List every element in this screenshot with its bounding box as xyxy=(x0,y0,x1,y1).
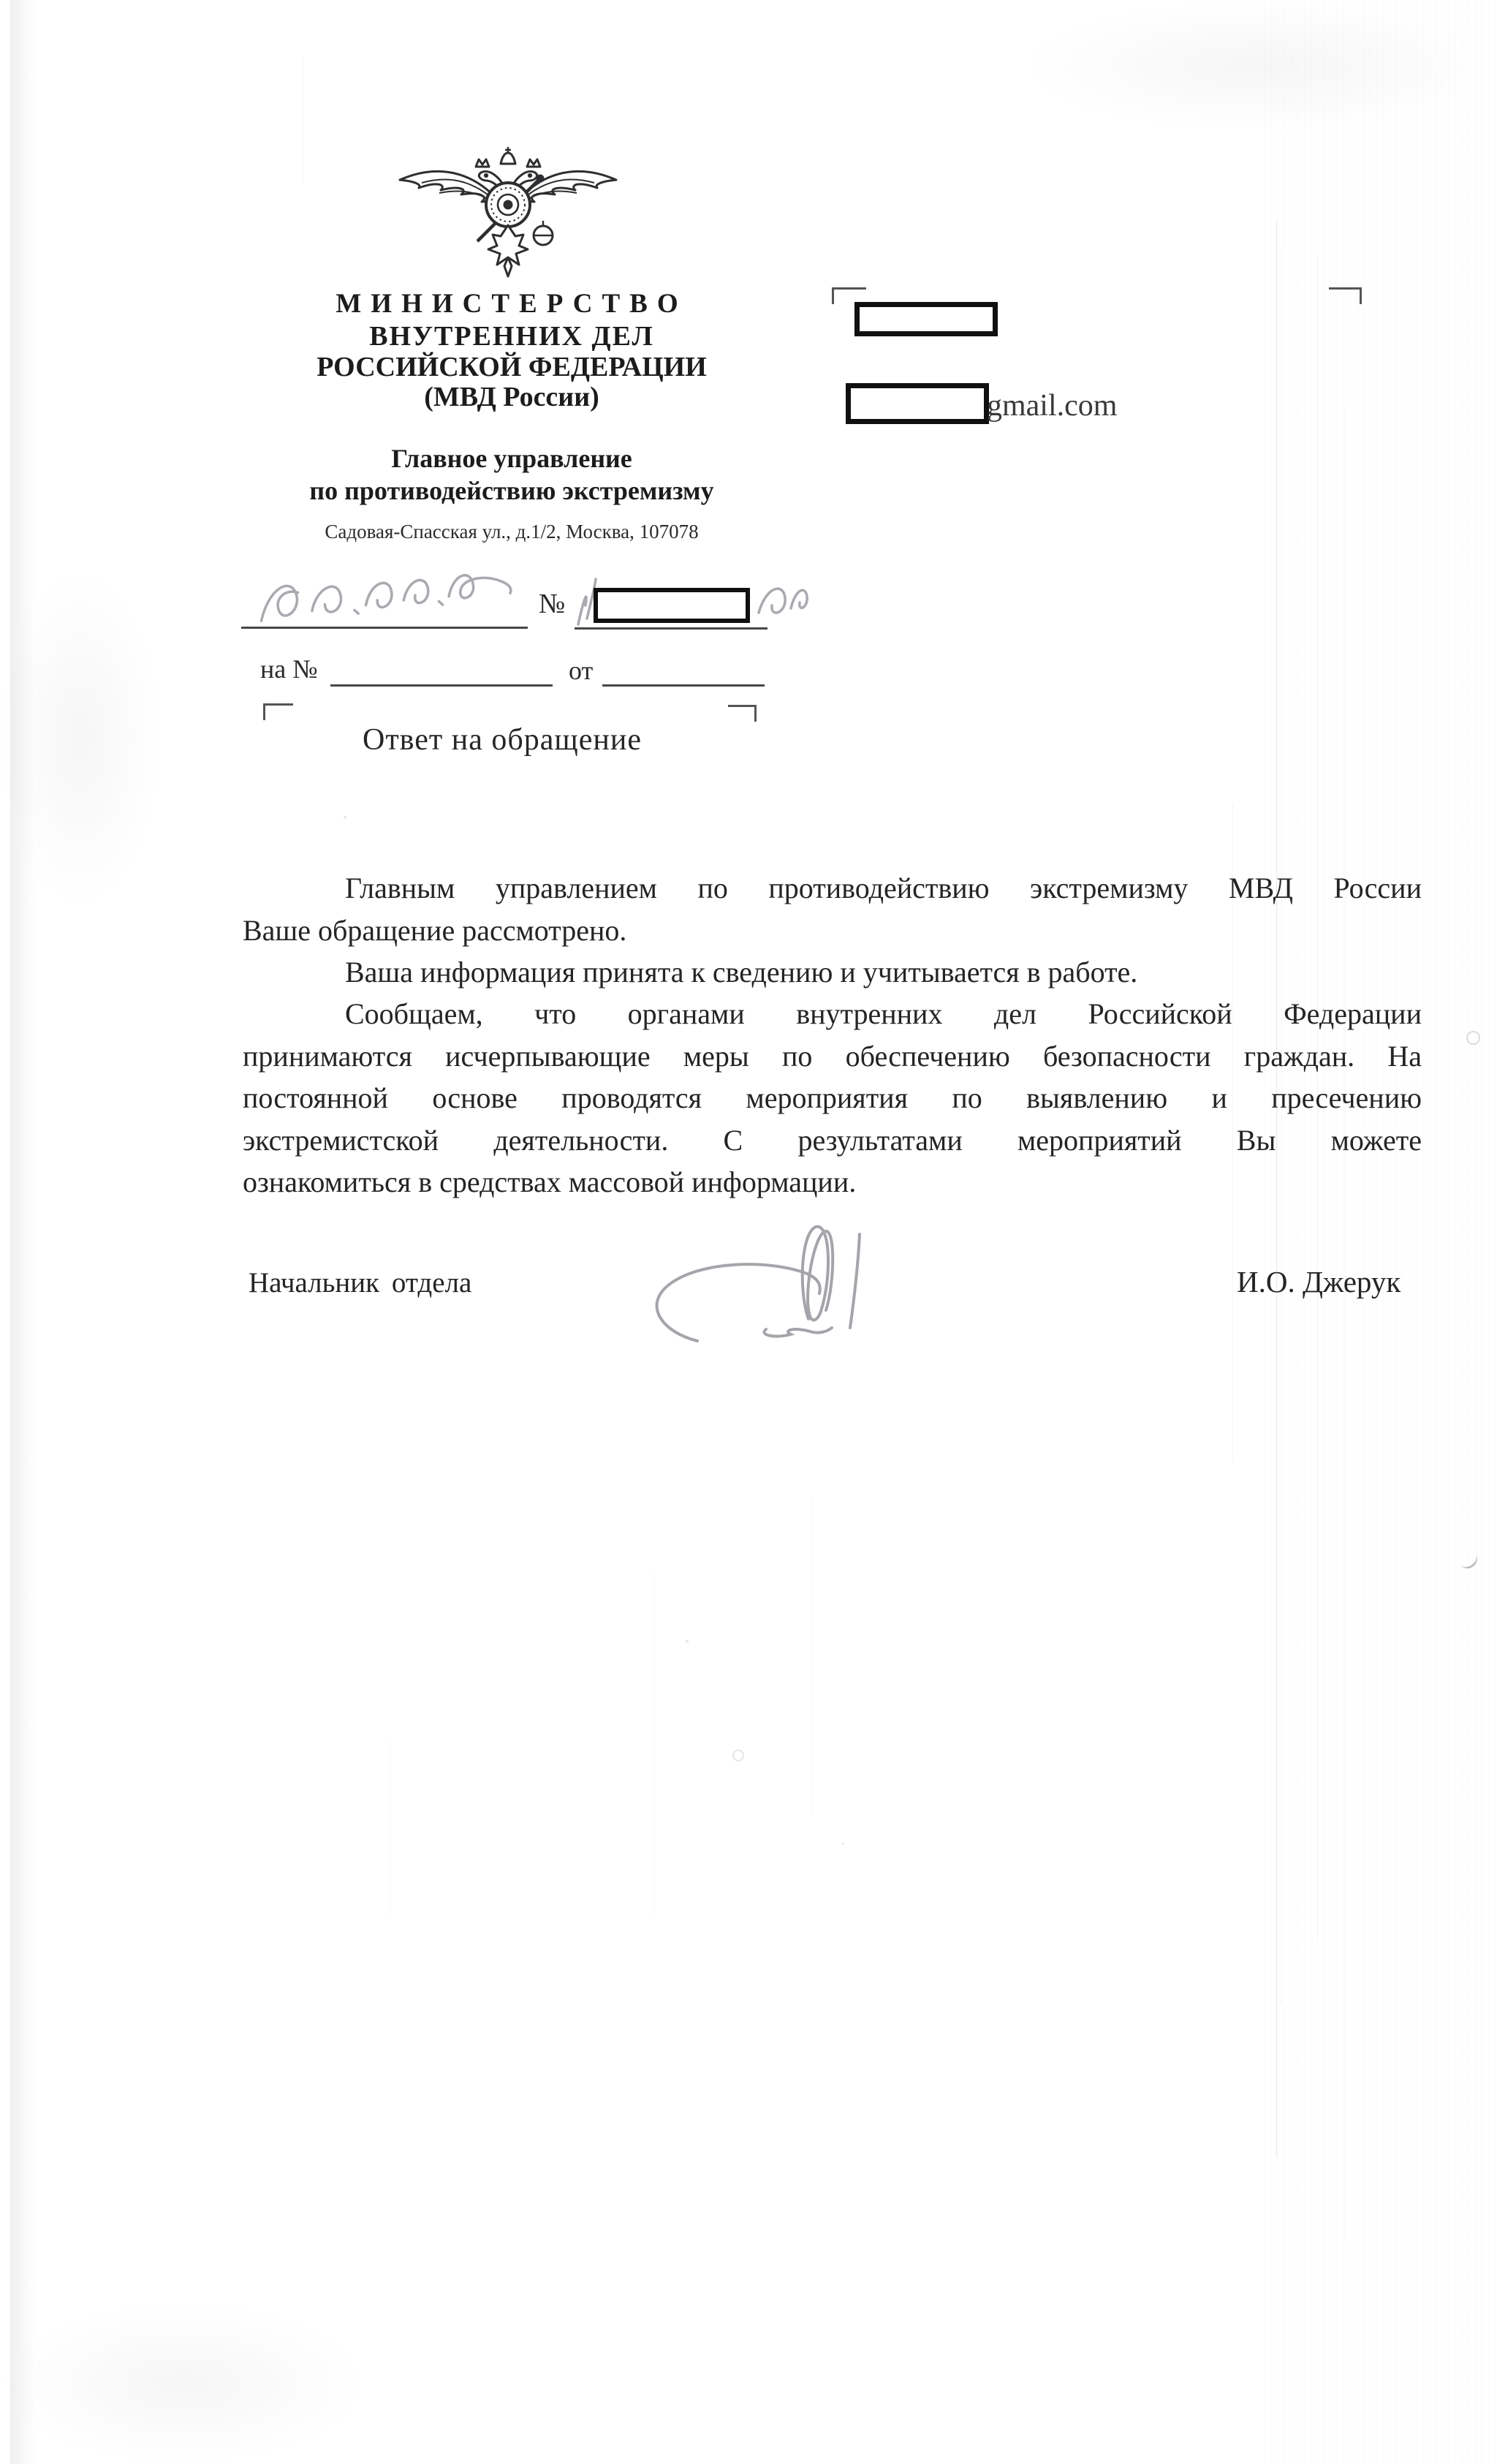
in-reply-to-label: на № xyxy=(260,654,318,684)
redaction-box-outgoing-number xyxy=(594,588,750,623)
handwritten-date-bleedthrough xyxy=(250,562,528,631)
scan-streak-zone-right xyxy=(1265,0,1497,2464)
scan-edge-shadow-left xyxy=(10,0,35,2464)
body-line: Главным управлением по противодействию э… xyxy=(243,871,1422,906)
scan-line-artifact xyxy=(654,1572,655,1916)
sender-address: Садовая-Спасская ул., д.1/2, Москва, 107… xyxy=(278,521,746,543)
body-line: постоянной основе проводятся мероприятия… xyxy=(243,1081,1422,1116)
number-underline xyxy=(575,627,768,630)
body-line: Сообщаем, что органами внутренних дел Ро… xyxy=(243,997,1422,1032)
scanned-letter-page: МИНИСТЕРСТВО ВНУТРЕННИХ ДЕЛ РОССИЙСКОЙ Ф… xyxy=(0,0,1497,2464)
department-name-line2: по противодействию экстремизму xyxy=(278,475,746,506)
corner-mark-subject-right xyxy=(728,705,757,722)
corner-mark-top-right xyxy=(1329,287,1362,304)
scan-dot-artifact xyxy=(732,1750,744,1761)
subject-line: Ответ на обращение xyxy=(363,722,642,757)
speck xyxy=(842,1843,844,1845)
handwritten-number-fragment xyxy=(754,572,811,629)
mvd-double-headed-eagle-emblem xyxy=(391,146,625,279)
department-name-line1: Главное управление xyxy=(278,443,746,474)
speck xyxy=(686,1640,689,1643)
ministry-name-line3: РОССИЙСКОЙ ФЕДЕРАЦИИ xyxy=(278,351,746,383)
corner-mark-subject-left xyxy=(263,703,293,720)
body-line: Ваша информация принята к сведению и учи… xyxy=(243,955,1422,990)
from-date-label: от xyxy=(569,655,593,686)
signer-name: И.О. Джерук xyxy=(1237,1264,1401,1299)
scan-line-artifact xyxy=(1345,409,1346,2237)
handwritten-signature xyxy=(636,1190,877,1344)
scan-dot-artifact xyxy=(1466,1031,1480,1045)
ministry-name-line1: МИНИСТЕРСТВО xyxy=(278,288,746,320)
signer-position-title: Начальник отдела xyxy=(249,1266,471,1299)
scan-line-artifact xyxy=(390,1740,390,1916)
from-date-underline xyxy=(602,684,765,687)
in-reply-number-underline xyxy=(330,684,553,687)
ministry-abbreviation: (МВД России) xyxy=(278,381,746,413)
scan-noise-patch xyxy=(0,2303,365,2464)
scan-line-artifact xyxy=(811,1499,812,1813)
speck xyxy=(344,816,346,819)
ministry-name-line2: ВНУТРЕННИХ ДЕЛ xyxy=(278,320,746,352)
scan-noise-patch xyxy=(1023,0,1497,132)
redaction-box-addressee xyxy=(854,302,998,336)
body-line: Ваше обращение рассмотрено. xyxy=(243,913,1422,948)
email-domain-text: gmail.com xyxy=(987,388,1117,423)
body-line: экстремистской деятельности. С результат… xyxy=(243,1123,1422,1158)
scan-line-artifact xyxy=(303,57,303,185)
redaction-box-email xyxy=(846,383,989,424)
body-line: принимаются исчерпывающие меры по обеспе… xyxy=(243,1039,1422,1074)
outgoing-number-label: № xyxy=(539,588,565,620)
date-underline xyxy=(241,627,528,629)
scan-noise-patch xyxy=(0,570,161,907)
